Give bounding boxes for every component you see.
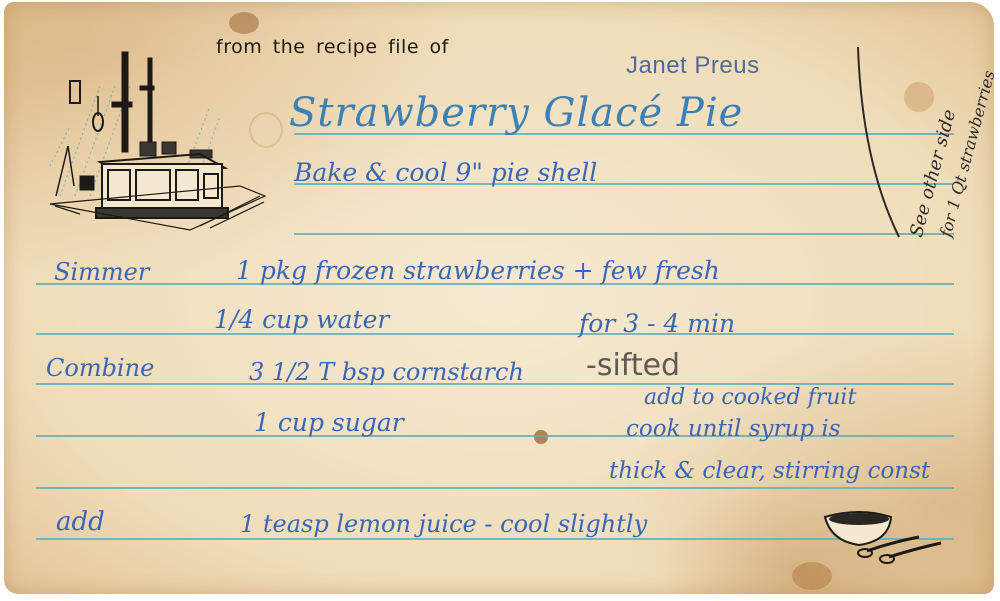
recipe-card: from the recipe file of Janet Preus Stra…	[4, 2, 994, 594]
margin-bracket-line	[854, 42, 904, 242]
ingredient-line: 1/4 cup water	[214, 305, 389, 334]
step-bake-shell: Bake & cool 9" pie shell	[294, 158, 597, 187]
bowl-and-spoons-illustration	[819, 507, 949, 567]
stain	[534, 430, 548, 444]
ingredient-line: 1 teasp lemon juice - cool slightly	[240, 510, 647, 538]
ingredient-aside: for 3 - 4 min	[579, 309, 735, 338]
side-instruction: add to cooked fruit	[644, 385, 856, 410]
verb-simmer: Simmer	[54, 258, 149, 286]
stain	[229, 12, 259, 34]
side-instruction: cook until syrup is	[626, 416, 841, 442]
ingredient-line: 3 1/2 T bsp cornstarch	[249, 358, 524, 386]
ruled-line	[36, 538, 954, 540]
recipe-title: Strawberry Glacé Pie	[289, 90, 743, 136]
ingredient-line: 1 pkg frozen strawberries + few fresh	[236, 256, 720, 285]
printed-header: from the recipe file of	[216, 36, 449, 58]
side-instruction: thick & clear, stirring const	[609, 458, 930, 484]
verb-add: add	[56, 507, 105, 537]
stove-illustration	[40, 46, 270, 236]
ruled-line	[36, 487, 954, 489]
ingredient-line: 1 cup sugar	[254, 408, 404, 437]
stain	[904, 82, 934, 112]
ruled-line	[36, 333, 954, 335]
pencil-note-sifted: -sifted	[586, 348, 680, 383]
verb-combine: Combine	[46, 354, 154, 382]
owner-name-stamp: Janet Preus	[626, 52, 760, 80]
